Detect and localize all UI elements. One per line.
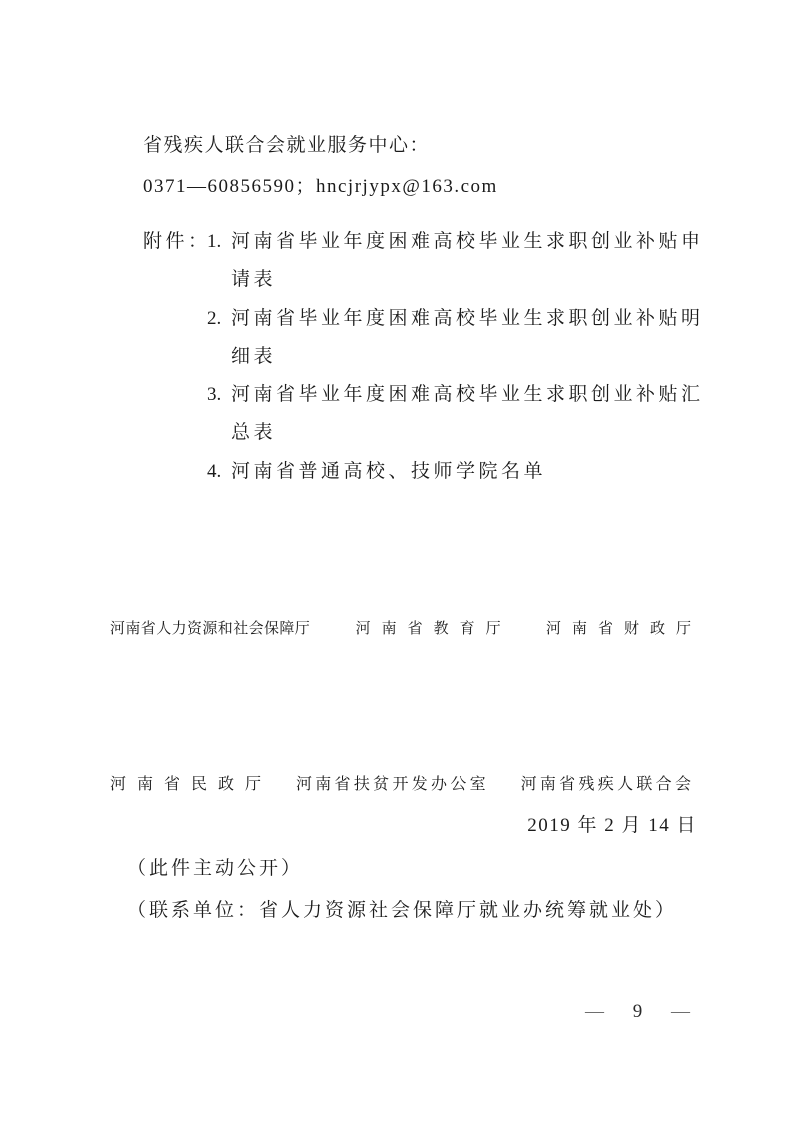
signing-org-hrss: 河南省人力资源和社会保障厅 [110, 617, 310, 641]
contact-center-line: 省残疾人联合会就业服务中心： [143, 125, 498, 166]
page-number-dash-right: — [671, 1000, 690, 1024]
attachment-item-2-text: 河南省毕业年度困难高校毕业生求职创业补贴明 [231, 300, 704, 338]
indent-spacer [207, 338, 231, 376]
attachment-item-3-number: 3. [207, 376, 231, 414]
indent-spacer [207, 261, 231, 299]
indent-spacer [207, 414, 231, 452]
document-page: 省残疾人联合会就业服务中心： 0371—60856590；hncjrjypx@1… [0, 0, 793, 1122]
attachment-item-1-continuation-row: 请表 [143, 261, 704, 299]
page-number-value: 9 [633, 1000, 643, 1024]
attachments-label: 附件： [143, 223, 207, 261]
signature-row-2: 河南省民政厅 河南省扶贫开发办公室 河南省残疾人联合会 [110, 773, 691, 797]
attachment-item-2-row: 2. 河南省毕业年度困难高校毕业生求职创业补贴明 [143, 300, 704, 338]
page-number-dash-left: — [585, 1000, 604, 1024]
attachment-item-2-number: 2. [207, 300, 231, 338]
signing-org-education: 河南省教育厅 [356, 617, 512, 641]
attachment-item-3-continuation-row: 总表 [143, 414, 704, 452]
attachment-item-2-continuation-row: 细表 [143, 338, 704, 376]
contact-unit-note: （联系单位：省人力资源社会保障厅就业办统筹就业处） [127, 899, 677, 923]
indent-spacer [143, 300, 207, 338]
signing-org-disabled-federation: 河南省残疾人联合会 [521, 773, 695, 797]
signing-org-civil-affairs: 河南省民政厅 [110, 773, 272, 797]
attachment-item-4-text: 河南省普通高校、技师学院名单 [231, 453, 546, 491]
indent-spacer [143, 261, 207, 299]
contact-info-block: 省残疾人联合会就业服务中心： 0371—60856590；hncjrjypx@1… [143, 125, 498, 207]
indent-spacer [143, 414, 207, 452]
attachment-item-1-text: 河南省毕业年度困难高校毕业生求职创业补贴申 [231, 223, 704, 261]
attachment-item-4-row: 4. 河南省普通高校、技师学院名单 [143, 453, 704, 491]
attachment-item-1-number: 1. [207, 223, 231, 261]
attachment-item-4-number: 4. [207, 453, 231, 491]
indent-spacer [143, 453, 207, 491]
attachment-item-3-text-continuation: 总表 [231, 414, 276, 452]
signing-org-poverty-alleviation: 河南省扶贫开发办公室 [296, 773, 489, 797]
indent-spacer [143, 338, 207, 376]
signature-date: 2019 年 2 月 14 日 [527, 814, 697, 838]
attachment-item-1-row: 附件： 1. 河南省毕业年度困难高校毕业生求职创业补贴申 [143, 223, 704, 261]
attachment-item-2-text-continuation: 细表 [231, 338, 276, 376]
indent-spacer [143, 376, 207, 414]
attachment-item-1-text-continuation: 请表 [231, 261, 276, 299]
signature-row-1: 河南省人力资源和社会保障厅 河南省教育厅 河南省财政厅 [110, 617, 691, 641]
attachments-list: 附件： 1. 河南省毕业年度困难高校毕业生求职创业补贴申 请表 2. 河南省毕业… [143, 223, 704, 491]
attachment-item-3-text: 河南省毕业年度困难高校毕业生求职创业补贴汇 [231, 376, 704, 414]
signing-org-finance: 河南省财政厅 [546, 617, 702, 641]
attachment-item-3-row: 3. 河南省毕业年度困难高校毕业生求职创业补贴汇 [143, 376, 704, 414]
contact-phone-email-line: 0371—60856590；hncjrjypx@163.com [143, 166, 498, 207]
disclosure-note: （此件主动公开） [127, 857, 303, 881]
page-number-footer: — 9 — [585, 1000, 690, 1024]
